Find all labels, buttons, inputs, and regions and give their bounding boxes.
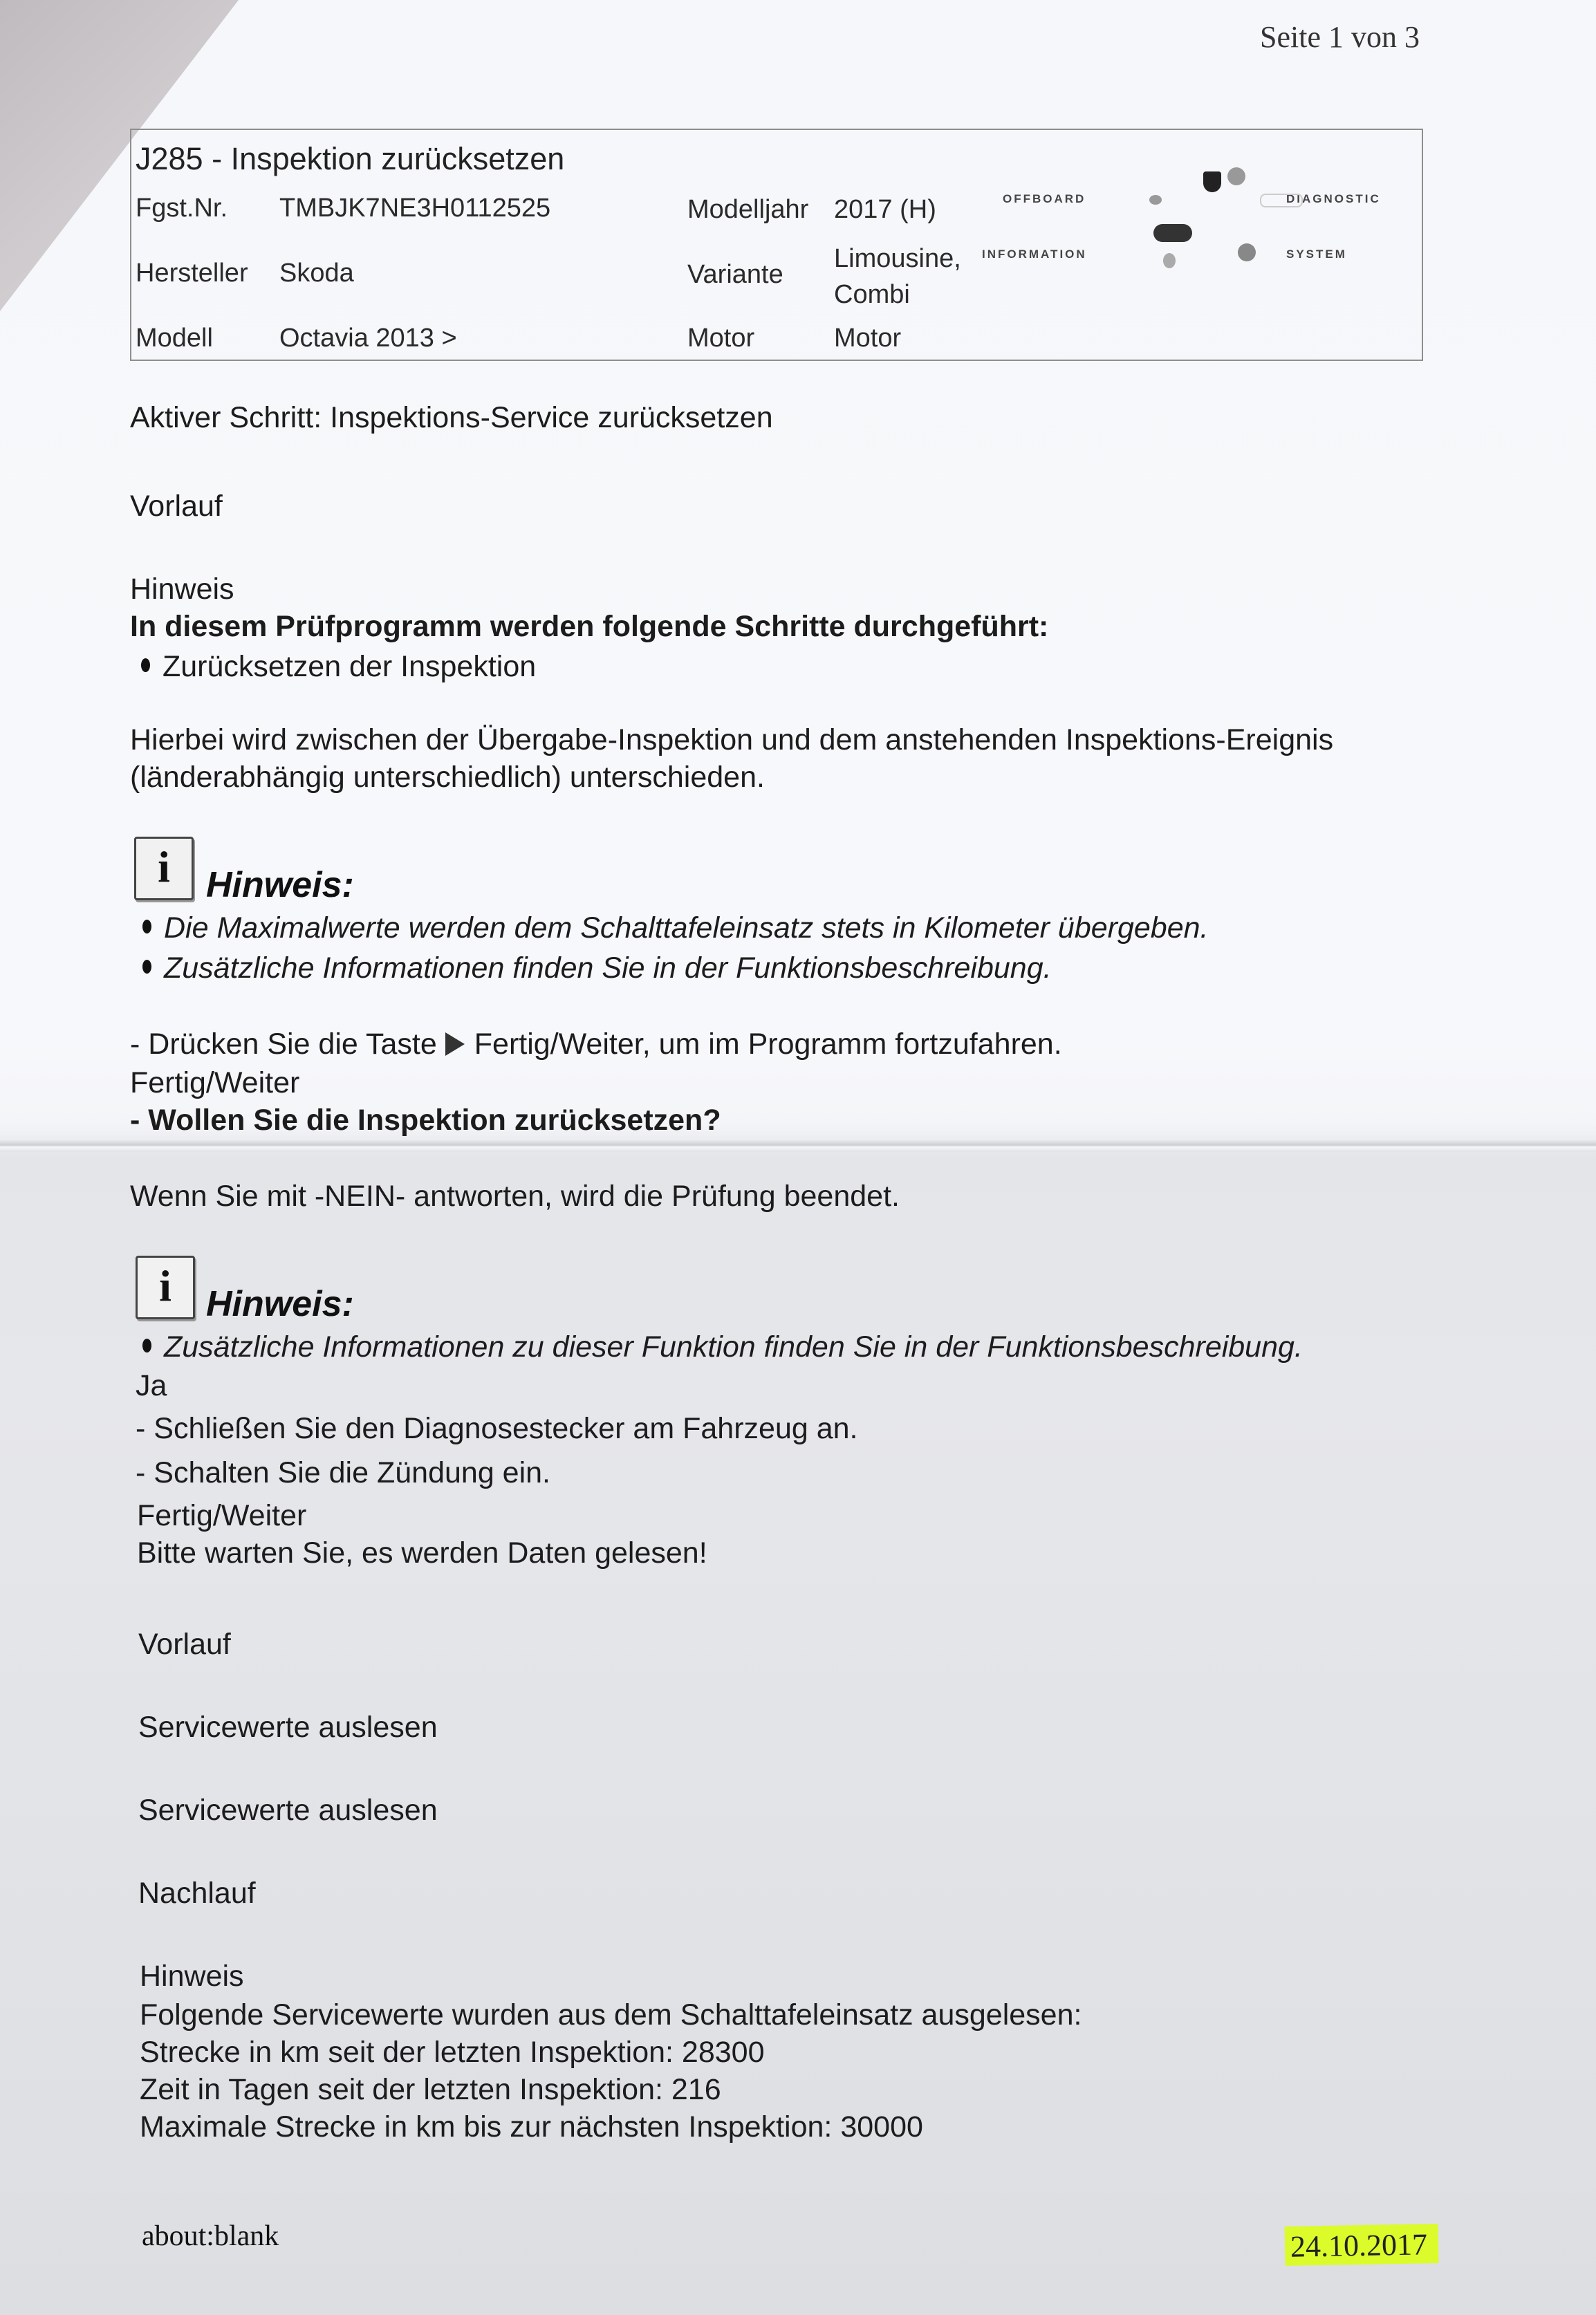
field-value-variante: Limousine, Combi [834,241,961,313]
field-label-modell: Modell [136,324,213,353]
hinweis-label: Hinweis [140,1960,244,1993]
odis-logo: OFFBOARD DIAGNOSTIC INFORMATION SYSTEM [1003,171,1397,310]
fertig-weiter-label: Fertig/Weiter [137,1499,306,1533]
brand-emblem-icon [1163,253,1176,268]
field-value-modell: Octavia 2013 > [279,324,457,353]
answer-text: Ja [136,1369,167,1403]
field-value-modelljahr: 2017 (H) [834,195,936,225]
please-wait-text: Bitte warten Sie, es werden Daten gelese… [137,1536,707,1570]
page-indicator: Seite 1 von 3 [1260,19,1420,55]
reset-question: - Wollen Sie die Inspektion zurücksetzen… [130,1104,721,1137]
readout-value: 216 [671,2073,721,2106]
vehicle-header-box: J285 - Inspektion zurücksetzen Fgst.Nr. … [130,129,1423,361]
field-label-fgst-nr: Fgst.Nr. [136,194,228,223]
description-line: Hierbei wird zwischen der Übergabe-Inspe… [130,723,1333,757]
field-label-motor: Motor [687,324,754,353]
step-item: Zurücksetzen der Inspektion [141,650,536,684]
brand-emblem-icon [1203,171,1221,192]
field-label-variante: Variante [687,260,783,290]
steps-intro: In diesem Prüfprogramm werden folgende S… [130,610,1048,644]
readout-intro: Folgende Servicewerte wurden aus dem Sch… [140,1998,1082,2032]
readout-row: Zeit in Tagen seit der letzten Inspektio… [140,2073,721,2107]
instruction: - Schließen Sie den Diagnosestecker am F… [136,1412,858,1446]
logo-word-system: SYSTEM [1286,248,1347,261]
press-key-instruction: - Drücken Sie die TasteFertig/Weiter, um… [130,1028,1062,1061]
readout-label: Zeit in Tagen seit der letzten Inspektio… [140,2073,663,2106]
footer-url: about:blank [142,2220,279,2253]
paper-fold-crease [0,1140,1596,1152]
readout-label: Maximale Strecke in km bis zur nächsten … [140,2110,832,2144]
readout-row: Maximale Strecke in km bis zur nächsten … [140,2110,923,2144]
field-value-hersteller: Skoda [279,259,354,288]
footer-date-highlighted: 24.10.2017 [1285,2224,1439,2266]
brand-emblem-icon [1149,195,1162,205]
fertig-weiter-label: Fertig/Weiter [130,1066,299,1100]
note-title: Hinweis: [206,1283,354,1325]
note-item: Zusätzliche Informationen zu dieser Funk… [142,1330,1303,1364]
description-line: (länderabhängig unterschiedlich) untersc… [130,761,765,794]
info-icon: i [134,837,194,900]
seat-emblem-icon [1153,224,1192,242]
readout-label: Strecke in km seit der letzten Inspektio… [140,2036,674,2069]
audi-rings-icon [1260,194,1303,207]
note-title: Hinweis: [206,864,354,906]
field-label-modelljahr: Modelljahr [687,195,808,225]
servicewerte-label: Servicewerte auslesen [138,1794,438,1828]
readout-row: Strecke in km seit der letzten Inspektio… [140,2036,765,2070]
note-item-text: Zusätzliche Informationen zu dieser Funk… [164,1330,1303,1364]
field-value-fgst-nr: TMBJK7NE3H0112525 [279,194,550,223]
note-item-text: Die Maximalwerte werden dem Schalttafele… [164,911,1209,945]
vorlauf-label: Vorlauf [138,1628,231,1662]
readout-value: 30000 [840,2110,923,2144]
servicewerte-label: Servicewerte auslesen [138,1711,438,1745]
field-label-hersteller: Hersteller [136,259,248,288]
step-item-text: Zurücksetzen der Inspektion [163,650,536,683]
note-item: Zusätzliche Informationen finden Sie in … [142,951,1052,985]
logo-word-information: INFORMATION [982,248,1087,261]
logo-word-offboard: OFFBOARD [1003,192,1086,206]
document-title: J285 - Inspektion zurücksetzen [136,141,564,177]
nachlauf-label: Nachlauf [138,1877,256,1910]
press-key-suffix: Fertig/Weiter, um im Programm fortzufahr… [474,1028,1062,1061]
field-value-motor: Motor [834,324,901,353]
vw-emblem-icon [1238,243,1256,261]
info-icon: i [136,1256,195,1319]
active-step-text: Aktiver Schritt: Inspektions-Service zur… [130,401,773,435]
nein-info: Wenn Sie mit -NEIN- antworten, wird die … [130,1180,900,1214]
note-item: Die Maximalwerte werden dem Schalttafele… [142,911,1209,945]
instruction: - Schalten Sie die Zündung ein. [136,1456,550,1490]
play-arrow-icon [445,1032,465,1056]
press-key-prefix: - Drücken Sie die Taste [130,1028,437,1061]
vw-emblem-icon [1227,167,1245,185]
readout-value: 28300 [682,2036,765,2069]
note-item-text: Zusätzliche Informationen finden Sie in … [164,951,1052,985]
vorlauf-label: Vorlauf [130,490,223,523]
hinweis-label: Hinweis [130,573,234,606]
